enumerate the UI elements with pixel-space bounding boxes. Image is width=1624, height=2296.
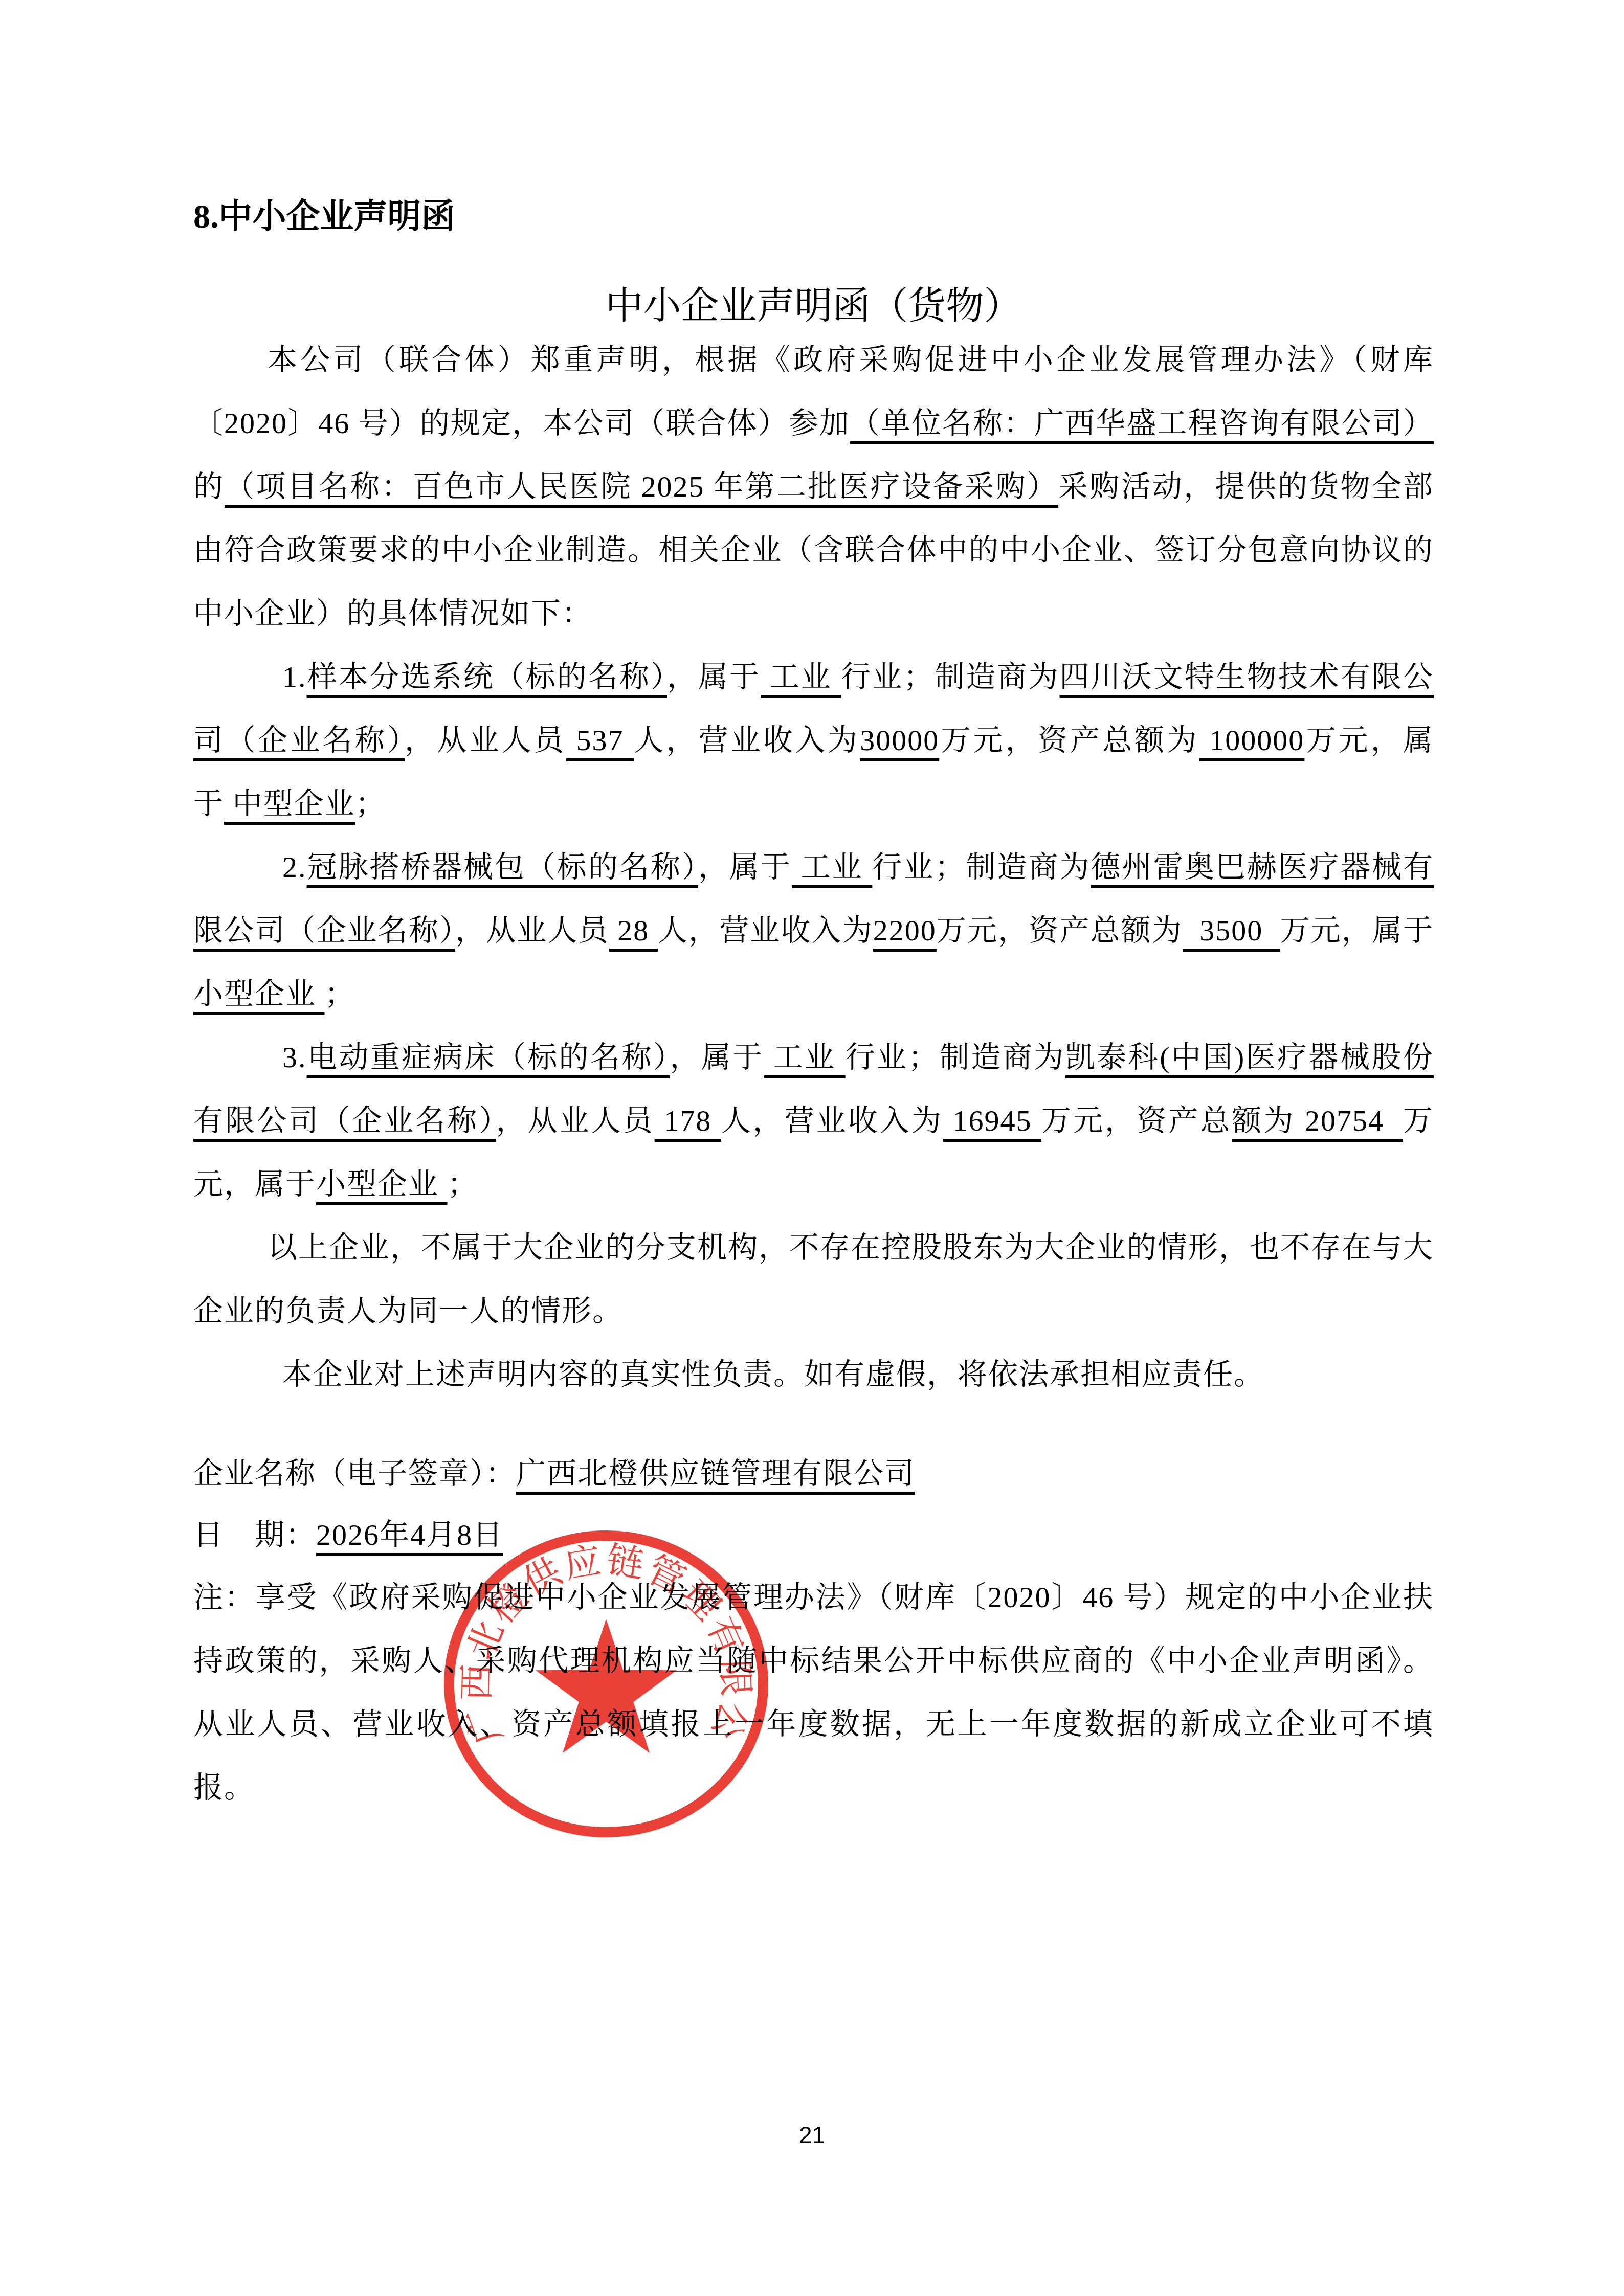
document-title: 中小企业声明函（货物）: [193, 285, 1434, 328]
text-run: 行业；制造商为: [872, 850, 1091, 884]
declaration-item-2: 2.冠脉搭桥器械包（标的名称），属于 工业 行业；制造商为德州雷奥巴赫医疗器械有…: [193, 836, 1434, 1026]
text-run: 万元，资产总: [1041, 1104, 1232, 1137]
item-number: 2.: [282, 850, 307, 884]
text-run: ；: [355, 787, 386, 820]
revenue-underlined: 16945: [943, 1104, 1041, 1137]
closing-paragraph-1: 以上企业，不属于大企业的分支机构，不存在控股股东为大企业的情形，也不存在与大企业…: [193, 1216, 1434, 1343]
signature-date-line: 日 期：2026年4月8日: [193, 1504, 1434, 1566]
company-seal-stamp: 广西北橙供应链管理有限公司: [432, 1518, 780, 1850]
text-run: ；: [325, 977, 355, 1010]
project-name-underlined: （项目名称：百色市人民医院 2025 年第二批医疗设备采购）: [225, 470, 1058, 503]
declaration-item-1: 1.样本分选系统（标的名称），属于 工业 行业；制造商为四川沃文特生物技术有限公…: [193, 645, 1434, 836]
text-run: ，属于: [667, 660, 761, 693]
text-run: 人，营业收入为: [634, 724, 860, 757]
text-run: ，属于: [698, 850, 792, 884]
signature-company-name: 广西北橙供应链管理有限公司: [516, 1457, 915, 1490]
enterprise-type-underlined: 小型企业: [316, 1167, 448, 1201]
employees-underlined: 178: [655, 1104, 721, 1137]
employees-underlined: 28: [609, 914, 658, 947]
signature-block: 企业名称（电子签章）：广西北橙供应链管理有限公司 日 期：2026年4月8日: [193, 1443, 1434, 1566]
industry-underlined: 工业: [761, 660, 841, 693]
revenue-underlined: 2200: [873, 914, 937, 947]
declaration-item-3: 3.电动重症病床（标的名称），属于 工业 行业；制造商为凯泰科(中国)医疗器械股…: [193, 1026, 1434, 1216]
assets-underlined: 3500: [1183, 914, 1280, 947]
assets-underlined: 额为 20754: [1232, 1104, 1403, 1137]
text-run: 的: [193, 470, 225, 503]
seal-star-icon: [536, 1619, 677, 1753]
intro-paragraph: 本公司（联合体）郑重声明，根据《政府采购促进中小企业发展管理办法》（财库〔202…: [193, 328, 1434, 645]
text-run: 人，营业收入为: [658, 914, 873, 947]
enterprise-type-underlined: 小型企业: [193, 977, 325, 1010]
note-paragraph: 注：享受《政府采购促进中小企业发展管理办法》（财库〔2020〕46 号）规定的中…: [193, 1566, 1434, 1819]
industry-underlined: 工业: [764, 1041, 846, 1074]
enterprise-type-underlined: 中型企业: [224, 787, 355, 820]
text-run: 万元，资产总额为: [939, 724, 1199, 757]
employees-underlined: 537: [566, 724, 634, 757]
signature-name-line: 企业名称（电子签章）：广西北橙供应链管理有限公司: [193, 1443, 1434, 1504]
purchaser-name-underlined: （单位名称：广西华盛工程咨询有限公司）: [850, 407, 1434, 440]
page-number: 21: [0, 2121, 1624, 2149]
text-run: ，从业人员: [455, 914, 609, 947]
item-number: 1.: [282, 660, 307, 693]
section-heading: 8.中小企业声明函: [193, 198, 1434, 236]
document-content: 8.中小企业声明函 中小企业声明函（货物） 本公司（联合体）郑重声明，根据《政府…: [193, 0, 1434, 1819]
document-page: 8.中小企业声明函 中小企业声明函（货物） 本公司（联合体）郑重声明，根据《政府…: [0, 0, 1624, 2296]
text-run: ，从业人员: [496, 1104, 654, 1137]
subject-name-underlined: 电动重症病床（标的名称）: [307, 1041, 670, 1074]
signature-date-label: 日 期：: [193, 1518, 316, 1551]
industry-underlined: 工业: [792, 850, 872, 884]
item-number: 3.: [282, 1041, 307, 1074]
text-run: 万元，属于: [1280, 914, 1434, 947]
subject-name-underlined: 冠脉搭桥器械包（标的名称）: [307, 850, 699, 884]
text-run: ，属于: [670, 1041, 764, 1074]
text-run: 行业；制造商为: [841, 660, 1059, 693]
text-run: 行业；制造商为: [846, 1041, 1065, 1074]
subject-name-underlined: 样本分选系统（标的名称）: [307, 660, 668, 693]
assets-underlined: 100000: [1199, 724, 1305, 757]
closing-paragraph-2: 本企业对上述声明内容的真实性负责。如有虚假，将依法承担相应责任。: [193, 1343, 1434, 1406]
text-run: 万元，资产总额为: [937, 914, 1183, 947]
text-run: ；: [448, 1167, 478, 1201]
text-run: 人，营业收入为: [721, 1104, 943, 1137]
revenue-underlined: 30000: [860, 724, 939, 757]
signature-name-label: 企业名称（电子签章）：: [193, 1457, 516, 1490]
text-run: ，从业人员: [405, 724, 566, 757]
